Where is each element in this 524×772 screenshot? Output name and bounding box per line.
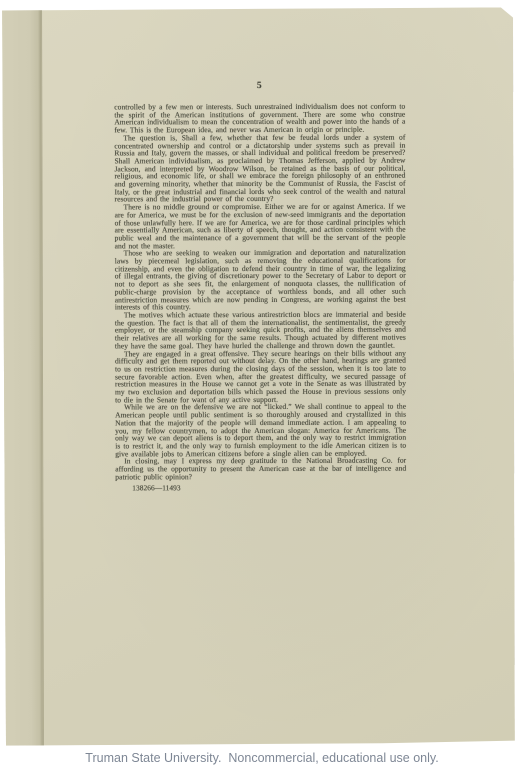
page-number: 5 [114, 81, 404, 92]
attribution-caption: Truman State University. Noncommercial, … [0, 751, 524, 765]
scan-background: 5 controlled by a few men or interests. … [0, 0, 524, 772]
paragraph: controlled by a few men or interests. Su… [114, 103, 405, 135]
paragraph: There is no middle ground or compromise.… [115, 203, 406, 250]
paragraph: They are engaged in a great offensive. T… [115, 349, 406, 404]
paragraph: While we are on the defensive we are not… [115, 403, 406, 458]
document-text-block: controlled by a few men or interests. Su… [114, 103, 406, 492]
print-code: 138266—11493 [132, 484, 406, 492]
page-fold-edge [2, 9, 44, 746]
paragraph: Those who are seeking to weaken our immi… [115, 249, 406, 311]
paragraph: The question is, Shall a few, whether th… [114, 133, 405, 203]
paragraph: The motives which actuate these various … [115, 311, 406, 350]
paragraph: In closing, may I express my deep gratit… [115, 457, 406, 481]
document-page: 5 controlled by a few men or interests. … [2, 7, 515, 745]
